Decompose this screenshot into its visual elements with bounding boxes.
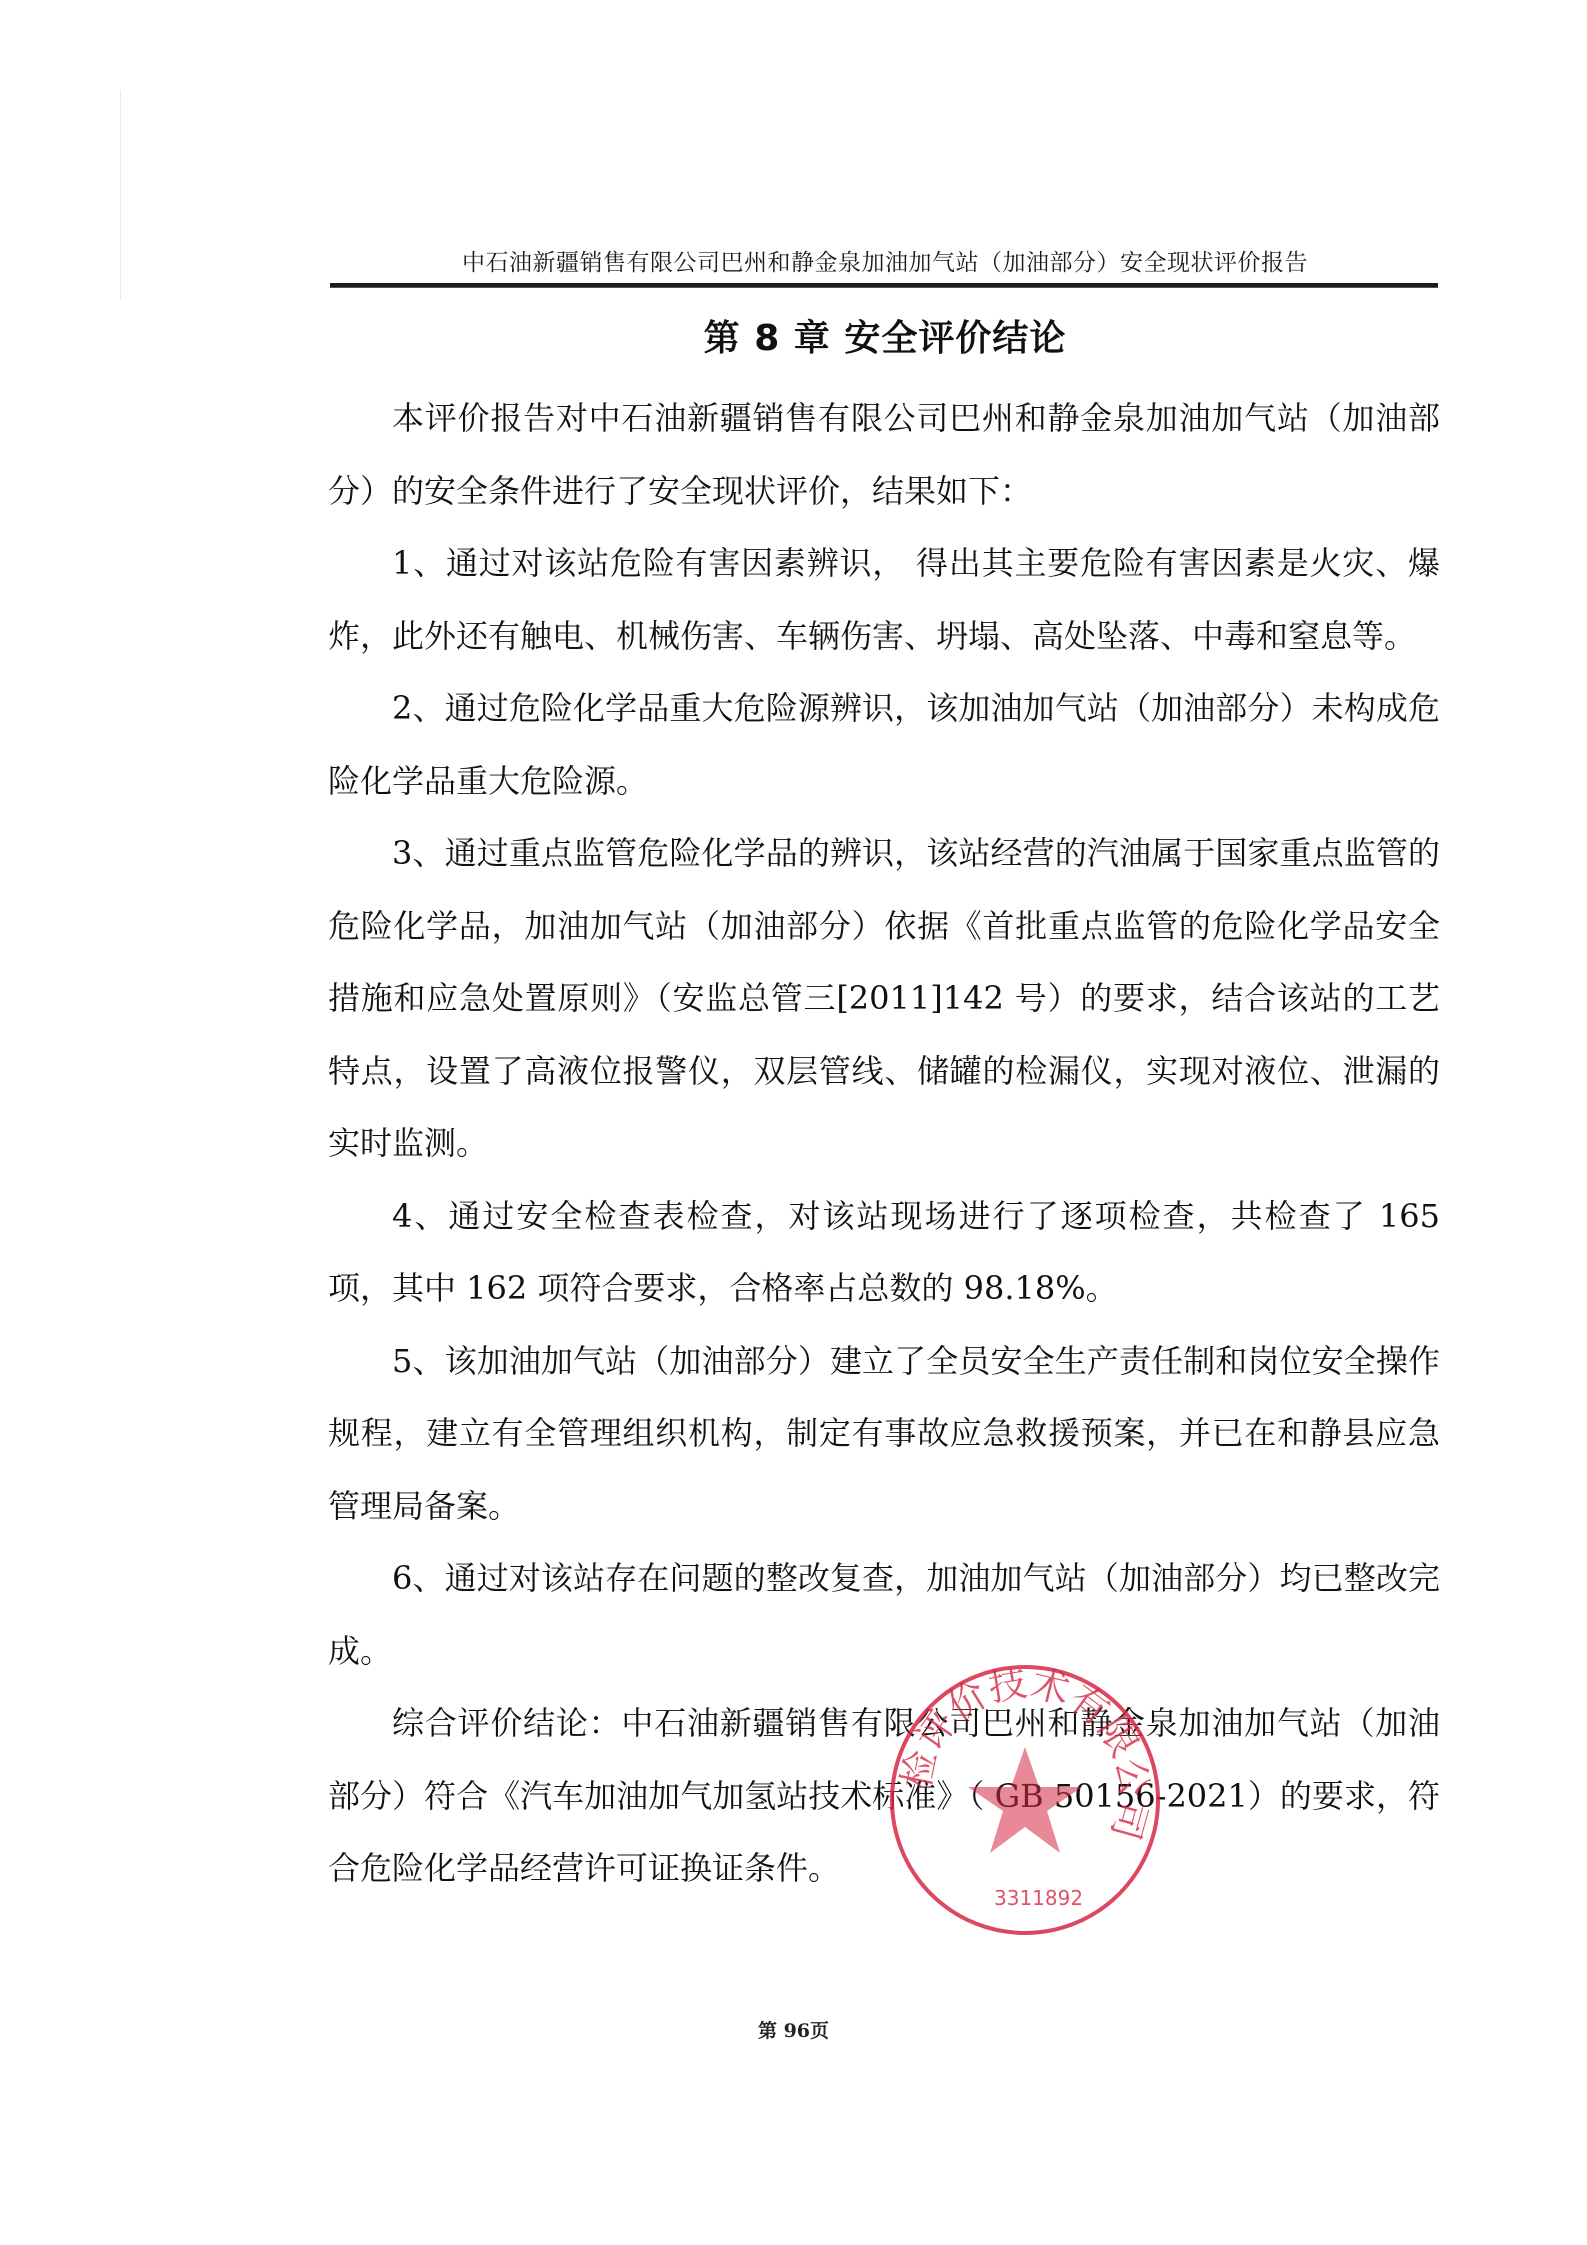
intro-paragraph: 本评价报告对中石油新疆销售有限公司巴州和静金泉加油加气站（加油部分）的安全条件进… xyxy=(328,382,1440,527)
finding-3: 3、通过重点监管危险化学品的辨识，该站经营的汽油属于国家重点监管的危险化学品，加… xyxy=(328,817,1440,1180)
finding-6: 6、通过对该站存在问题的整改复查，加油加气站（加油部分）均已整改完成。 xyxy=(328,1542,1440,1687)
running-header: 中石油新疆销售有限公司巴州和静金泉加油加气站（加油部分）安全现状评价报告 xyxy=(330,244,1440,277)
finding-4: 4、通过安全检查表检查，对该站现场进行了逐项检查，共检查了 165 项，其中 1… xyxy=(328,1180,1440,1325)
finding-1: 1、通过对该站危险有害因素辨识， 得出其主要危险有害因素是火灾、爆炸，此外还有触… xyxy=(328,527,1440,672)
page-number: 第 96页 xyxy=(0,2016,1587,2043)
finding-5: 5、该加油加气站（加油部分）建立了全员安全生产责任制和岗位安全操作规程，建立有全… xyxy=(328,1325,1440,1543)
finding-2: 2、通过危险化学品重大危险源辨识，该加油加气站（加油部分）未构成危险化学品重大危… xyxy=(328,672,1440,817)
conclusion-paragraph: 综合评价结论：中石油新疆销售有限公司巴州和静金泉加油加气站（加油部分）符合《汽车… xyxy=(328,1687,1440,1905)
document-body: 本评价报告对中石油新疆销售有限公司巴州和静金泉加油加气站（加油部分）的安全条件进… xyxy=(328,382,1440,1905)
scan-edge-line xyxy=(120,90,121,300)
header-divider xyxy=(330,283,1438,288)
chapter-title: 第 8 章 安全评价结论 xyxy=(330,310,1440,361)
